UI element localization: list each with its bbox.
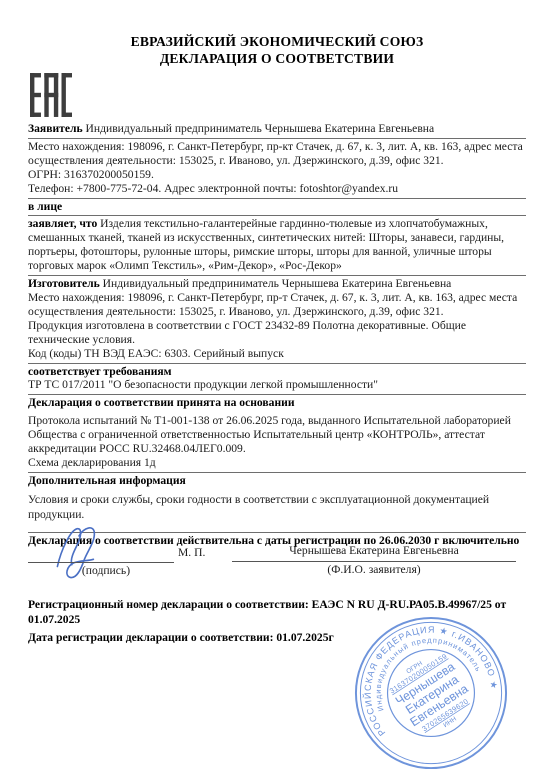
- document-title-line2: ДЕКЛАРАЦИЯ О СООТВЕТСТВИИ: [28, 51, 526, 68]
- additional-label: Дополнительная информация: [28, 474, 186, 487]
- eac-mark-icon: [30, 72, 526, 120]
- additional-row: Дополнительная информация Условия и срок…: [28, 473, 526, 524]
- applicant-details-row: Место нахождения: 198096, г. Санкт-Петер…: [28, 139, 526, 198]
- complies-value: ТР ТС 017/2011 "О безопасности продукции…: [28, 378, 526, 392]
- fullname-line: [232, 561, 516, 562]
- declares-label: заявляет, что: [28, 217, 97, 230]
- signature-area: (подпись) М. П. Чернышева Екатерина Евге…: [28, 520, 526, 594]
- applicant-contacts: Телефон: +7800-775-72-04. Адрес электрон…: [28, 182, 526, 196]
- applicant-value: Индивидуальный предприниматель Чернышева…: [86, 122, 435, 135]
- basis-row: Декларация о соответствии принята на осн…: [28, 395, 526, 472]
- basis-value: Протокола испытаний № Т1-001-138 от 26.0…: [28, 414, 526, 456]
- signature-caption: (подпись): [46, 564, 166, 577]
- document-title-line1: ЕВРАЗИЙСКИЙ ЭКОНОМИЧЕСКИЙ СОЮЗ: [28, 34, 526, 51]
- round-stamp: РОССИЙСКАЯ ФЕДЕРАЦИЯ ★ г.ИВАНОВО ★ Индив…: [352, 614, 510, 772]
- applicant-address: Место нахождения: 198096, г. Санкт-Петер…: [28, 140, 526, 168]
- manufacturer-gost: Продукция изготовлена в соответствии с Г…: [28, 319, 526, 347]
- manufacturer-value: Индивидуальный предприниматель Чернышева…: [103, 277, 452, 290]
- complies-row: соответствует требованиям ТР ТС 017/2011…: [28, 364, 526, 395]
- basis-scheme: Схема декларирования 1д: [28, 456, 526, 470]
- applicant-ogrn: ОГРН: 316370200050159.: [28, 168, 526, 182]
- fullname-caption: (Ф.И.О. заявителя): [232, 563, 516, 576]
- complies-label: соответствует требованиям: [28, 365, 172, 378]
- declaration-document: ЕВРАЗИЙСКИЙ ЭКОНОМИЧЕСКИЙ СОЮЗ ДЕКЛАРАЦИ…: [0, 0, 554, 784]
- stamp-svg: РОССИЙСКАЯ ФЕДЕРАЦИЯ ★ г.ИВАНОВО ★ Индив…: [352, 614, 510, 772]
- in-person-label: в лице: [28, 200, 62, 213]
- additional-value: Условия и сроки службы, сроки годности в…: [28, 492, 526, 522]
- manufacturer-address: Место нахождения: 198096, г. Санкт-Петер…: [28, 291, 526, 319]
- stamp-place-label: М. П.: [178, 546, 205, 559]
- basis-label: Декларация о соответствии принята на осн…: [28, 396, 295, 409]
- declares-row: заявляет, что Изделия текстильно-галанте…: [28, 216, 526, 275]
- applicant-label: Заявитель: [28, 122, 83, 135]
- applicant-fullname: Чернышева Екатерина Евгеньевна: [232, 544, 516, 557]
- manufacturer-row: Изготовитель Индивидуальный предпринимат…: [28, 276, 526, 362]
- applicant-row: Заявитель Индивидуальный предприниматель…: [28, 121, 526, 138]
- document-content: ЕВРАЗИЙСКИЙ ЭКОНОМИЧЕСКИЙ СОЮЗ ДЕКЛАРАЦИ…: [28, 34, 526, 550]
- eac-logo-svg: [30, 72, 72, 118]
- in-person-row: в лице: [28, 199, 526, 216]
- manufacturer-code: Код (коды) ТН ВЭД ЕАЭС: 6303. Серийный в…: [28, 347, 526, 361]
- manufacturer-label: Изготовитель: [28, 277, 100, 290]
- declares-value: Изделия текстильно-галантерейные гардинн…: [28, 217, 504, 272]
- manufacturer-line: Изготовитель Индивидуальный предпринимат…: [28, 277, 526, 291]
- signature-line: [28, 562, 174, 563]
